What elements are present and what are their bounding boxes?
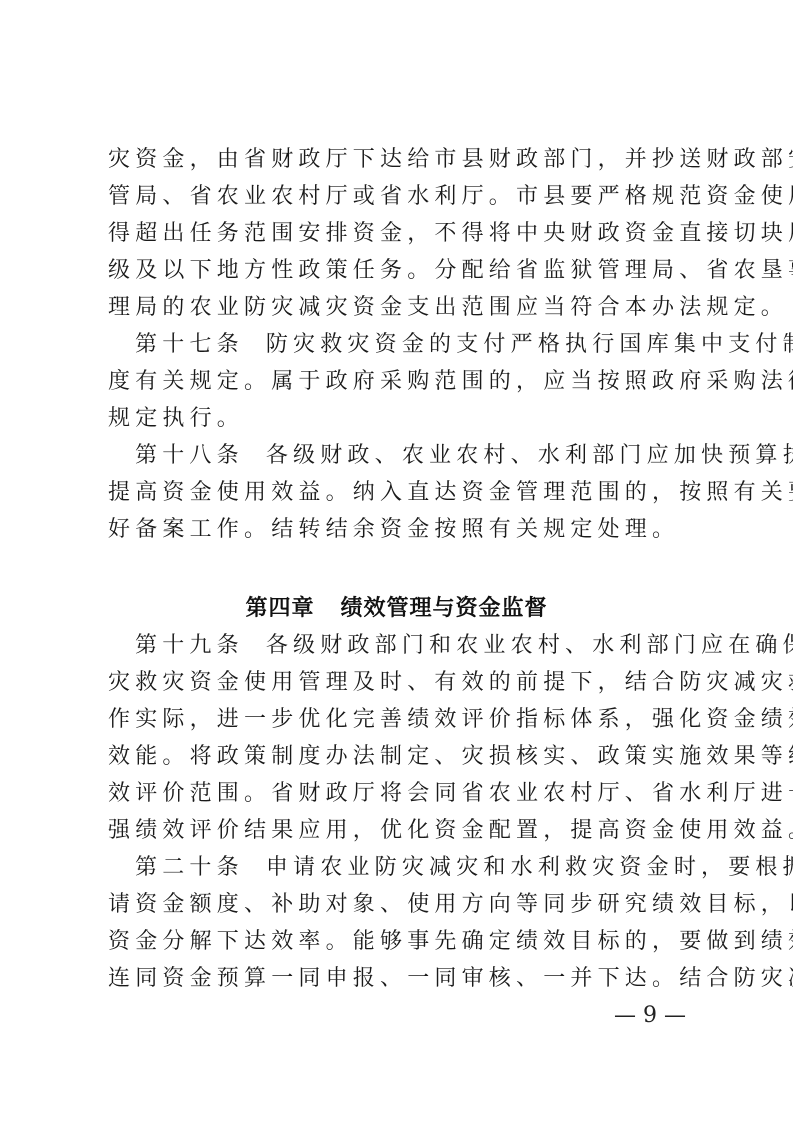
paragraph-line: 度有关规定。属于政府采购范围的，应当按照政府采购法律制度 [108,363,688,400]
paragraph-line: 作实际，进一步优化完善绩效评价指标体系，强化资金绩效管理 [108,701,688,738]
article-17-text: 防灾救灾资金的支付严格执行国库集中支付制 [266,332,793,357]
article-19-label: 第十九条 [135,633,244,658]
article-20-label: 第二十条 [135,855,244,880]
paragraph-line: 管局、省农业农村厅或省水利厅。市县要严格规范资金使用，不 [108,178,688,215]
chapter-title: 绩效管理与资金监督 [341,596,548,621]
article-18-text: 各级财政、农业农村、水利部门应加快预算执行， [266,443,793,468]
paragraph-line: 灾资金，由省财政厅下达给市县财政部门，并抄送财政部安徽监 [108,141,688,178]
paragraph-line: 理局的农业防灾减灾资金支出范围应当符合本办法规定。 [108,289,688,326]
paragraph-line: 灾救灾资金使用管理及时、有效的前提下，结合防灾减灾救灾工 [108,664,688,701]
paragraph-line: 效能。将政策制度办法制定、灾损核实、政策实施效果等纳入绩 [108,738,688,775]
article-18-first-line: 第十八条各级财政、农业农村、水利部门应加快预算执行， [135,437,688,474]
paragraph-line: 连同资金预算一同申报、一同审核、一并下达。结合防灾减灾救 [108,960,688,997]
chapter-heading: 第四章绩效管理与资金监督 [0,590,793,627]
article-17-label: 第十七条 [135,332,244,357]
paragraph-line: 规定执行。 [108,400,688,437]
page-number: — 9 — [610,1000,690,1032]
paragraph-line: 请资金额度、补助对象、使用方向等同步研究绩效目标，以提高 [108,886,688,923]
article-17-first-line: 第十七条防灾救灾资金的支付严格执行国库集中支付制 [135,326,688,363]
article-19-first-line: 第十九条各级财政部门和农业农村、水利部门应在确保防 [135,627,688,664]
article-20-first-line: 第二十条申请农业防灾减灾和水利救灾资金时，要根据申 [135,849,688,886]
paragraph-line: 强绩效评价结果应用，优化资金配置，提高资金使用效益。 [108,812,688,849]
paragraph-line: 资金分解下达效率。能够事先确定绩效目标的，要做到绩效目标 [108,923,688,960]
article-19-text: 各级财政部门和农业农村、水利部门应在确保防 [266,633,793,658]
paragraph-line: 提高资金使用效益。纳入直达资金管理范围的，按照有关要求做 [108,474,688,511]
paragraph-line: 效评价范围。省财政厅将会同省农业农村厅、省水利厅进一步加 [108,775,688,812]
paragraph-line: 级及以下地方性政策任务。分配给省监狱管理局、省农垦事业管 [108,252,688,289]
article-18-label: 第十八条 [135,443,244,468]
chapter-number: 第四章 [245,596,314,621]
paragraph-line: 得超出任务范围安排资金，不得将中央财政资金直接切块用于省 [108,215,688,252]
paragraph-line: 好备案工作。结转结余资金按照有关规定处理。 [108,511,688,548]
article-20-text: 申请农业防灾减灾和水利救灾资金时，要根据申 [266,855,793,880]
document-page: 灾资金，由省财政厅下达给市县财政部门，并抄送财政部安徽监 管局、省农业农村厅或省… [0,0,793,1122]
